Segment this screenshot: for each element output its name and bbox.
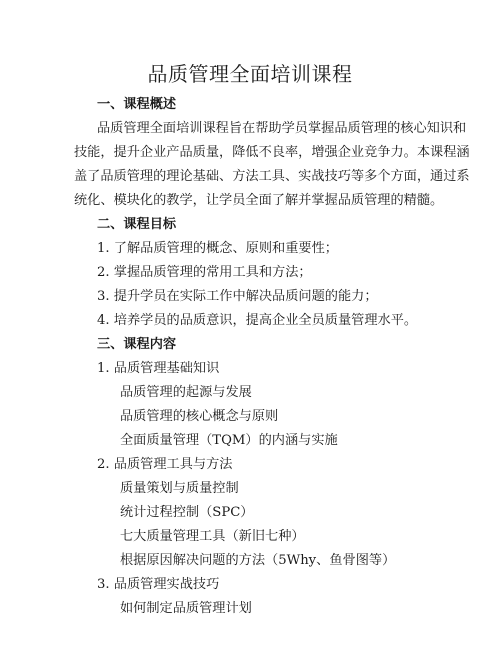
module-label: 2. 品质管理工具与方法 — [97, 456, 232, 474]
paragraph-line: 盖了品质管理的理论基础、方法工具、实战技巧等多个方面，通过系 — [74, 168, 420, 186]
module-label: 3. 品质管理实战技巧 — [97, 576, 219, 594]
goal-item: 4. 培养学员的品质意识，提高企业全员质量管理水平。 — [97, 312, 417, 330]
module-topic: 全面质量管理（TQM）的内涵与实施 — [120, 432, 338, 450]
module-topic: 品质管理的核心概念与原则 — [120, 408, 278, 426]
document-page: 品质管理全面培训课程 一、课程概述 品质管理全面培训课程旨在帮助学员掌握品质管理… — [0, 0, 500, 647]
module-topic: 质量策划与质量控制 — [120, 480, 239, 498]
section-heading-content: 三、课程内容 — [97, 336, 176, 354]
section-heading-overview: 一、课程概述 — [97, 96, 176, 114]
module-label: 1. 品质管理基础知识 — [97, 360, 219, 378]
paragraph-line: 品质管理全面培训课程旨在帮助学员掌握品质管理的核心知识和 — [97, 120, 466, 138]
module-topic: 品质管理的起源与发展 — [120, 384, 252, 402]
module-topic: 七大质量管理工具（新旧七种） — [120, 528, 305, 546]
module-topic: 如何制定品质管理计划 — [120, 600, 252, 618]
paragraph-line: 技能，提升企业产品质量，降低不良率，增强企业竞争力。本课程涵 — [74, 144, 420, 162]
document-title: 品质管理全面培训课程 — [0, 58, 500, 87]
goal-item: 3. 提升学员在实际工作中解决品质问题的能力； — [97, 288, 378, 306]
goal-item: 1. 了解品质管理的概念、原则和重要性； — [97, 240, 338, 258]
goal-item: 2. 掌握品质管理的常用工具和方法； — [97, 264, 312, 282]
section-heading-goals: 二、课程目标 — [97, 216, 176, 234]
paragraph-line: 统化、模块化的教学，让学员全面了解并掌握品质管理的精髓。 — [74, 192, 420, 210]
module-topic: 根据原因解决问题的方法（5Why、鱼骨图等） — [120, 552, 395, 570]
module-topic: 统计过程控制（SPC） — [120, 504, 254, 522]
